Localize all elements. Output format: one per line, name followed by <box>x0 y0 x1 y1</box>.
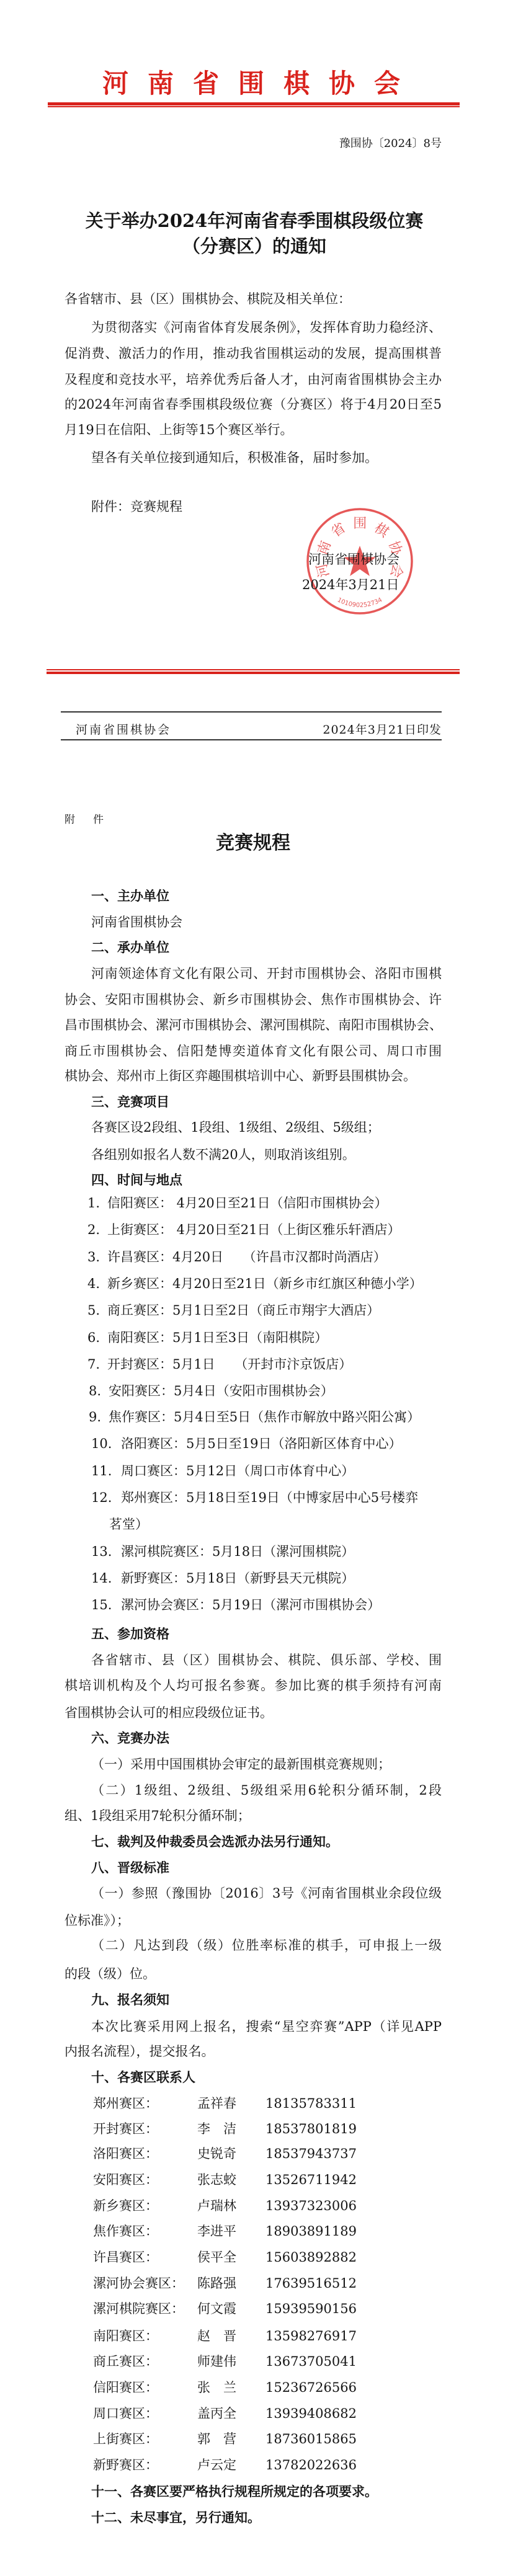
contact-zone: 信阳赛区： <box>93 2374 158 2401</box>
item-text: 许昌赛区：4月20日 （许昌市汉都时尚酒店） <box>107 1244 386 1270</box>
contact-phone: 13526711942 <box>265 2167 357 2193</box>
footer-rule-top <box>61 711 442 713</box>
section-heading: 五、参加资格 <box>91 1621 169 1647</box>
contact-zone: 洛阳赛区： <box>93 2141 158 2167</box>
contact-phone: 18135783311 <box>265 2090 357 2116</box>
section-line: 各组别如报名人数不满20人，则取消该组别。 <box>91 1142 355 1168</box>
contact-phone: 15603892882 <box>265 2244 357 2270</box>
body-line: 月19日在信阳、上街等15个赛区举行。 <box>65 417 293 443</box>
contact-name: 张 兰 <box>197 2374 236 2401</box>
section-line: 协会、安阳市围棋协会、新乡市围棋协会、焦作市围棋协会、许 <box>65 987 442 1013</box>
section-line: 河南领途体育文化有限公司、开封市围棋协会、洛阳市围棋 <box>91 961 442 987</box>
contact-phone: 15236726566 <box>265 2374 357 2401</box>
contact-row: 上街赛区：郭 营18736015865 <box>0 2426 513 2452</box>
item-number: 14. <box>91 1565 112 1591</box>
contact-name: 郭 营 <box>197 2426 236 2452</box>
item-number: 9. <box>89 1404 101 1430</box>
seal-code: 101090252734 <box>336 597 383 609</box>
item-number: 6. <box>87 1325 100 1351</box>
contact-row: 新乡赛区：卢瑞林13937323006 <box>0 2193 513 2219</box>
notice-title-line-2: （分赛区）的通知 <box>0 233 509 260</box>
item-number: 5. <box>87 1297 100 1323</box>
section-line: （二）凡达到段（级）位胜率标准的棋手，可申报上一级 <box>91 1932 442 1958</box>
item-text: 漯河棋院赛区：5月18日（漯河围棋院） <box>121 1539 354 1565</box>
schedule-item: 2.上街赛区： 4月20日至21日（上街区雅乐轩酒店） <box>0 1217 513 1243</box>
item-number: 12. <box>91 1485 112 1511</box>
schedule-item: 14.新野赛区：5月18日（新野县天元棋院） <box>0 1565 513 1591</box>
letterhead-title: 河南省围棋协会 <box>102 65 419 102</box>
contact-row: 漯河棋院赛区：何文霞15939590156 <box>0 2296 513 2322</box>
contact-row: 新野赛区：卢云定13782022636 <box>0 2452 513 2478</box>
document-number: 豫围协〔2024〕8号 <box>339 135 442 153</box>
contact-zone: 漯河棋院赛区： <box>93 2296 184 2322</box>
section-heading: 九、报名须知 <box>91 1987 169 2013</box>
contact-zone: 许昌赛区： <box>93 2244 158 2270</box>
item-text: 漯河协会赛区：5月19日（漯河市围棋协会） <box>121 1592 380 1618</box>
addressee: 各省辖市、县（区）围棋协会、棋院及相关单位： <box>65 286 351 312</box>
contact-phone: 18736015865 <box>265 2426 357 2452</box>
body-line: 望各有关单位接到通知后，积极准备，届时参加。 <box>91 445 378 471</box>
contact-row: 信阳赛区：张 兰15236726566 <box>0 2374 513 2401</box>
item-text: 商丘赛区：5月1日至2日（商丘市翔宇大酒店） <box>107 1297 380 1323</box>
item-text: 新乡赛区：4月20日至21日（新乡市红旗区种德小学） <box>107 1271 422 1297</box>
document-page: 河南省围棋协会 豫围协〔2024〕8号 关于举办2024年河南省春季围棋段级位赛… <box>0 0 513 2576</box>
section-heading: 四、时间与地点 <box>91 1167 182 1193</box>
section-line: （一）采用中国围棋协会审定的最新围棋竞赛规则； <box>91 1751 391 1777</box>
signature-date: 2024年3月21日 <box>302 572 399 598</box>
schedule-item: 7.开封赛区：5月1日 （开封市汴京饭店） <box>0 1351 513 1377</box>
contact-zone: 新野赛区： <box>93 2452 158 2478</box>
attachment-note: 附件：竞赛规程 <box>91 494 182 520</box>
item-number: 15. <box>91 1592 112 1618</box>
footer-org: 河南省围棋协会 <box>76 720 171 740</box>
item-number: 8. <box>89 1378 101 1404</box>
contact-zone: 新乡赛区： <box>93 2193 158 2219</box>
contact-zone: 焦作赛区： <box>93 2218 158 2244</box>
contact-name: 张志蛟 <box>197 2167 236 2193</box>
contact-row: 许昌赛区：侯平全15603892882 <box>0 2244 513 2270</box>
contact-zone: 漯河协会赛区： <box>93 2270 184 2296</box>
item-number: 3. <box>87 1244 100 1270</box>
item-number: 2. <box>87 1217 100 1243</box>
contact-phone: 18903891189 <box>265 2218 357 2244</box>
section-heading: 十一、各赛区要严格执行规程所规定的各项要求。 <box>91 2479 378 2505</box>
item-text-continuation: 茗堂） <box>109 1511 148 1537</box>
schedule-item: 4.新乡赛区：4月20日至21日（新乡市红旗区种德小学） <box>0 1271 513 1297</box>
item-text: 开封赛区：5月1日 （开封市汴京饭店） <box>107 1351 352 1377</box>
contact-row: 南阳赛区：赵 晋13598276917 <box>0 2323 513 2349</box>
closing-rule-thick <box>47 672 460 674</box>
item-number: 1. <box>87 1190 100 1216</box>
item-text: 郑州赛区：5月18日至19日（中博家居中心5号楼弈 <box>121 1485 418 1511</box>
contact-zone: 南阳赛区： <box>93 2323 158 2349</box>
section-line: 河南省围棋协会 <box>91 909 182 935</box>
schedule-item: 13.漯河棋院赛区：5月18日（漯河围棋院） <box>0 1539 513 1565</box>
contact-name: 赵 晋 <box>197 2323 236 2349</box>
footer-rule-bottom <box>61 739 442 740</box>
contact-row: 洛阳赛区：史锐奇18537943737 <box>0 2141 513 2167</box>
section-line: 昌市围棋协会、漯河市围棋协会、漯河围棋院、南阳市围棋协会、 <box>65 1012 442 1038</box>
contact-name: 史锐奇 <box>197 2141 236 2167</box>
contact-phone: 13937323006 <box>265 2193 357 2219</box>
schedule-item: 11.周口赛区：5月12日（周口市体育中心） <box>0 1458 513 1484</box>
closing-rule-thin <box>47 669 460 670</box>
contact-phone: 18537943737 <box>265 2141 357 2167</box>
item-number: 13. <box>91 1539 112 1565</box>
letterhead-rule-thick <box>48 102 460 105</box>
item-text: 上街赛区： 4月20日至21日（上街区雅乐轩酒店） <box>107 1217 400 1243</box>
section-heading: 二、承办单位 <box>91 935 169 961</box>
item-text: 周口赛区：5月12日（周口市体育中心） <box>121 1458 354 1484</box>
schedule-item: 10.洛阳赛区：5月5日至19日（洛阳新区体育中心） <box>0 1431 513 1457</box>
contact-name: 侯平全 <box>197 2244 236 2270</box>
section-heading: 六、竞赛办法 <box>91 1725 169 1751</box>
schedule-item: 6.南阳赛区：5月1日至3日（南阳棋院） <box>0 1325 513 1351</box>
contact-row: 商丘赛区：师建伟13673705041 <box>0 2348 513 2374</box>
contact-name: 李 洁 <box>197 2116 236 2142</box>
section-line: 棋培训机构及个人均可报名参赛。参加比赛的棋手须持有河南 <box>65 1672 442 1699</box>
section-line: 本次比赛采用网上报名，搜索“星空弈赛”APP（详见APP <box>91 2014 442 2040</box>
contact-row: 周口赛区：盖丙全13939408682 <box>0 2401 513 2427</box>
item-number: 10. <box>91 1431 112 1457</box>
section-line: 棋协会、郑州市上街区弈趣围棋培训中心、新野县围棋协会。 <box>65 1063 416 1089</box>
contact-name: 孟祥春 <box>197 2090 236 2116</box>
schedule-item: 8.安阳赛区：5月4日（安阳市围棋协会） <box>0 1378 513 1404</box>
body-line: 为贯彻落实《河南省体育发展条例》，发挥体育助力稳经济、 <box>91 314 442 340</box>
item-text: 南阳赛区：5月1日至3日（南阳棋院） <box>107 1325 328 1351</box>
item-text: 安阳赛区：5月4日（安阳市围棋协会） <box>109 1378 334 1404</box>
section-heading: 三、竞赛项目 <box>91 1089 169 1115</box>
contact-name: 何文霞 <box>197 2296 236 2322</box>
section-line: 省围棋协会认可的相应段级位证书。 <box>65 1700 273 1726</box>
section-heading: 十二、未尽事宜，另行通知。 <box>91 2505 261 2531</box>
section-line: 内报名流程），提交报名。 <box>65 2038 215 2064</box>
body-line: 促消费、激活力的作用，推动我省围棋运动的发展，提高围棋普 <box>65 340 442 366</box>
contact-row: 焦作赛区：李进平18903891189 <box>0 2218 513 2244</box>
notice-title-line-1: 关于举办2024年河南省春季围棋段级位赛 <box>0 207 509 234</box>
signature-org: 河南省围棋协会 <box>308 546 399 572</box>
contact-phone: 13598276917 <box>265 2323 357 2349</box>
schedule-item: 3.许昌赛区：4月20日 （许昌市汉都时尚酒店） <box>0 1244 513 1270</box>
contact-phone: 13782022636 <box>265 2452 357 2478</box>
contact-name: 卢云定 <box>197 2452 236 2478</box>
section-heading: 十、各赛区联系人 <box>91 2064 195 2090</box>
contact-row: 漯河协会赛区：陈路强17639516512 <box>0 2270 513 2296</box>
section-line: 组、1段组采用7轮积分循环制； <box>65 1803 251 1829</box>
contact-row: 安阳赛区：张志蛟13526711942 <box>0 2167 513 2193</box>
section-heading: 一、主办单位 <box>91 883 169 909</box>
contact-zone: 郑州赛区： <box>93 2090 158 2116</box>
item-text: 焦作赛区：5月4日至5日（焦作市解放中路兴阳公寓） <box>109 1404 420 1430</box>
schedule-item: 12.郑州赛区：5月18日至19日（中博家居中心5号楼弈 <box>0 1485 513 1511</box>
contact-name: 盖丙全 <box>197 2401 236 2427</box>
body-line: 的2024年河南省春季围棋段级位赛（分赛区）将于4月20日至5 <box>65 391 442 417</box>
item-number: 11. <box>91 1458 112 1484</box>
section-line: （一）参照（豫围协〔2016〕3号《河南省围棋业余段位级 <box>91 1880 442 1906</box>
section-line: 各省辖市、县（区）围棋协会、棋院、俱乐部、学校、围 <box>91 1647 442 1673</box>
body-line: 及程度和竞技水平，培养优秀后备人才，由河南省围棋协会主办 <box>65 366 442 393</box>
item-text: 信阳赛区： 4月20日至21日（信阳市围棋协会） <box>107 1190 387 1216</box>
contact-phone: 13673705041 <box>265 2348 357 2374</box>
contact-name: 卢瑞林 <box>197 2193 236 2219</box>
attachment-label: 附 件 <box>65 811 107 828</box>
schedule-item: 1.信阳赛区： 4月20日至21日（信阳市围棋协会） <box>0 1190 513 1216</box>
contact-name: 陈路强 <box>197 2270 236 2296</box>
contact-row: 开封赛区：李 洁18537801819 <box>0 2116 513 2142</box>
section-heading: 八、晋级标准 <box>91 1855 169 1881</box>
contact-zone: 开封赛区： <box>93 2116 158 2142</box>
contact-row: 郑州赛区：孟祥春18135783311 <box>0 2090 513 2116</box>
contact-zone: 商丘赛区： <box>93 2348 158 2374</box>
section-line: 位标准》）； <box>65 1908 130 1934</box>
section-line: （二）1级组、2级组、5级组采用6轮积分循环制，2段 <box>91 1777 442 1803</box>
contact-phone: 17639516512 <box>265 2270 357 2296</box>
contact-zone: 上街赛区： <box>93 2426 158 2452</box>
section-line: 的段（级）位。 <box>65 1961 156 1987</box>
contact-phone: 15939590156 <box>265 2296 357 2322</box>
contact-zone: 周口赛区： <box>93 2401 158 2427</box>
section-line: 商丘市围棋协会、信阳楚博奕道体育文化有限公司、周口市围 <box>65 1038 442 1064</box>
attachment-title: 竞赛规程 <box>0 830 506 857</box>
contact-name: 师建伟 <box>197 2348 236 2374</box>
schedule-item: 9.焦作赛区：5月4日至5日（焦作市解放中路兴阳公寓） <box>0 1404 513 1430</box>
contact-zone: 安阳赛区： <box>93 2167 158 2193</box>
item-number: 4. <box>87 1271 100 1297</box>
contact-phone: 13939408682 <box>265 2401 357 2427</box>
footer-issue-date: 2024年3月21日印发 <box>323 720 442 740</box>
contact-name: 李进平 <box>197 2218 236 2244</box>
contact-phone: 18537801819 <box>265 2116 357 2142</box>
letterhead-rule-thin <box>48 106 460 107</box>
schedule-item: 5.商丘赛区：5月1日至2日（商丘市翔宇大酒店） <box>0 1297 513 1323</box>
item-text: 洛阳赛区：5月5日至19日（洛阳新区体育中心） <box>121 1431 401 1457</box>
section-line: 各赛区设2段组、1段组、1级组、2级组、5级组； <box>91 1114 380 1140</box>
item-number: 7. <box>87 1351 100 1377</box>
item-text: 新野赛区：5月18日（新野县天元棋院） <box>121 1565 354 1591</box>
section-heading: 七、裁判及仲裁委员会选派办法另行通知。 <box>91 1829 339 1855</box>
schedule-item: 15.漯河协会赛区：5月19日（漯河市围棋协会） <box>0 1592 513 1618</box>
